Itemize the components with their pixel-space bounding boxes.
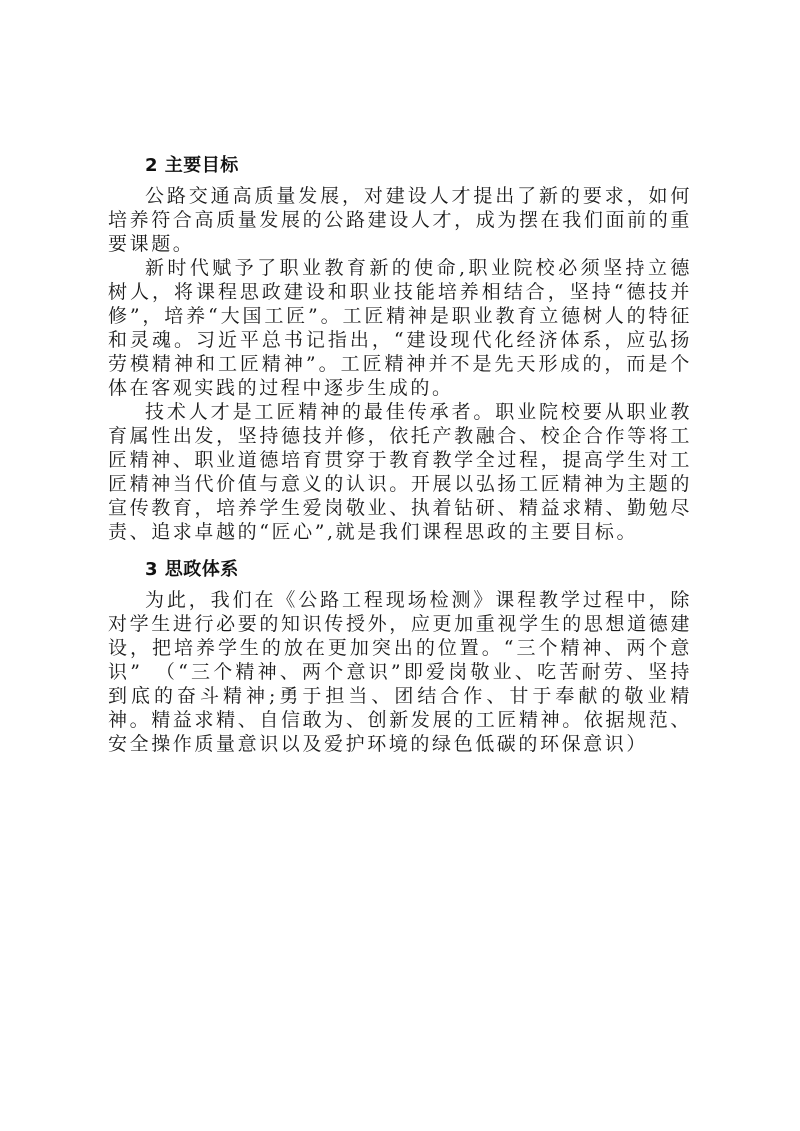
- section-ideological-system: 3 思政体系 为此，我们在《公路工程现场检测》课程教学过程中，除对学生进行必要的…: [108, 556, 692, 756]
- section-main-goals: 2 主要目标 公路交通高质量发展，对建设人才提出了新的要求，如何培养符合高质量发…: [108, 152, 692, 544]
- paragraph: 技术人才是工匠精神的最佳传承者。职业院校要从职业教育属性出发，坚持德技并修，依托…: [108, 400, 692, 544]
- section-heading: 3 思政体系: [145, 556, 692, 584]
- paragraph: 为此，我们在《公路工程现场检测》课程教学过程中，除对学生进行必要的知识传授外，应…: [108, 588, 692, 756]
- paragraph: 新时代赋予了职业教育新的使命,职业院校必须坚持立德树人，将课程思政建设和职业技能…: [108, 256, 692, 400]
- paragraph: 公路交通高质量发展，对建设人才提出了新的要求，如何培养符合高质量发展的公路建设人…: [108, 184, 692, 256]
- document-page: 2 主要目标 公路交通高质量发展，对建设人才提出了新的要求，如何培养符合高质量发…: [108, 152, 692, 756]
- section-heading: 2 主要目标: [145, 152, 692, 180]
